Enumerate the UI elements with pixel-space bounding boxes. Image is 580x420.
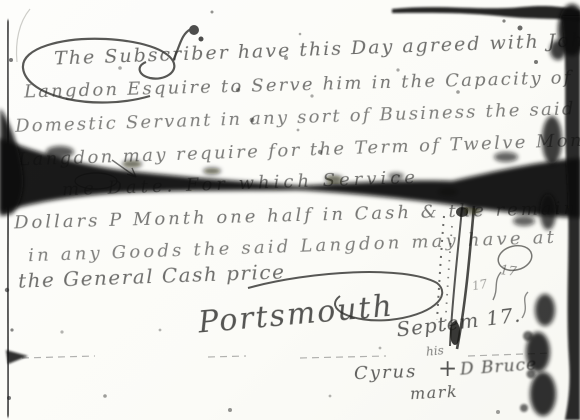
manuscript-line: Domestic Servant in any sort of Business…: [15, 98, 576, 137]
signature-mark-label: mark: [410, 382, 459, 403]
dateline-date: Septem 17.: [395, 302, 522, 341]
manuscript-line: me Date. For which Service: [62, 167, 420, 200]
signature-surname-scrawl: D Bruce: [459, 354, 537, 379]
dateline-place: Portsmouth: [197, 289, 395, 341]
manuscript-scan: The Subscriber have this Day agreed with…: [0, 0, 580, 420]
bleedthrough-number: 17: [471, 277, 488, 293]
manuscript-line: The Subscriber have this Day agreed with…: [54, 28, 580, 69]
signature-given-name: Cyrus: [354, 361, 418, 384]
manuscript-line: Langdon may require for the Term of Twel…: [18, 129, 580, 171]
bleedthrough-number: 17: [499, 263, 517, 280]
manuscript-line: Langdon Esquire to Serve him in the Capa…: [24, 67, 580, 103]
manuscript-text-layer: The Subscriber have this Day agreed with…: [0, 0, 580, 420]
manuscript-line: in any Goods the said Langdon may have a…: [28, 227, 558, 266]
signature-mark-cross: +: [438, 356, 457, 382]
